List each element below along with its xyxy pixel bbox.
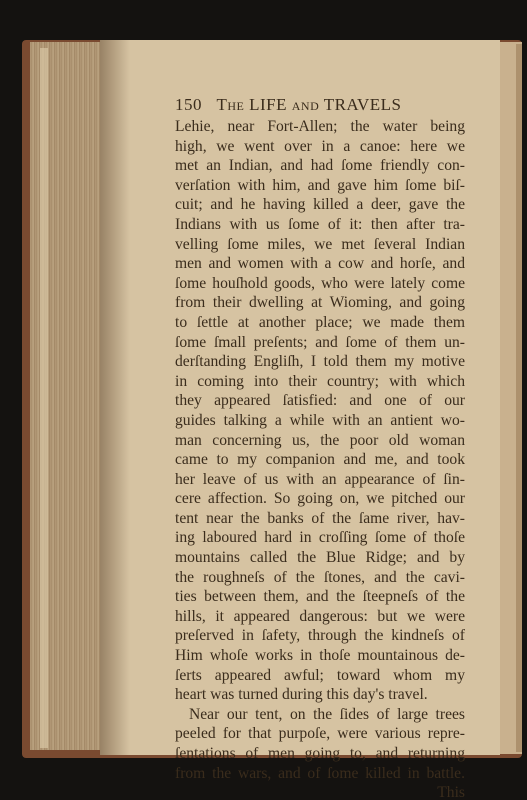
text-line: they appeared ſatisfied: and one of our <box>175 391 465 411</box>
text-line: cere affection. So going on, we pitched … <box>175 489 465 509</box>
text-line: to ſettle at another place; we made them <box>175 313 465 333</box>
catchword: This <box>175 783 465 800</box>
head-life: LIFE <box>249 95 287 114</box>
text-line: ſerts appeared awful; toward whom my <box>175 666 465 686</box>
page-number: 150 <box>175 95 202 114</box>
text-line: ſome houſhold goods, who were lately com… <box>175 274 465 294</box>
text-line: mountains called the Blue Ridge; and by <box>175 548 465 568</box>
text-line: from the wars, and of ſome killed in bat… <box>175 764 465 784</box>
text-line: ſentations of men going to, and returnin… <box>175 744 465 764</box>
head-the-rest: HE <box>227 99 244 113</box>
text-line: derſtanding Engliſh, I told them my moti… <box>175 352 465 372</box>
page-text: 150 THE LIFE AND TRAVELS Lehie, near For… <box>175 95 465 800</box>
text-line: from their dwelling at Wioming, and goin… <box>175 293 465 313</box>
facing-page-edge-shadow <box>516 44 522 752</box>
text-line: verſation with him, and gave him ſome bi… <box>175 176 465 196</box>
gutter-shadow <box>100 40 130 755</box>
text-line: hills, it appeared dangerous: but we wer… <box>175 607 465 627</box>
text-line: tent near the banks of the ſame river, h… <box>175 509 465 529</box>
text-line: met an Indian, and had ſome friendly con… <box>175 156 465 176</box>
text-line: ing laboured hard in croſſing ſome of th… <box>175 528 465 548</box>
text-line: Near our tent, on the ſides of large tre… <box>175 705 465 725</box>
text-line: Him whoſe works in thoſe mountainous de- <box>175 646 465 666</box>
text-line: heart was turned during this day's trave… <box>175 685 465 705</box>
text-line: her leave of us with an appearance of ſi… <box>175 470 465 490</box>
text-line: preſerved in ſafety, through the kindneſ… <box>175 626 465 646</box>
page-edge-highlight <box>40 48 48 748</box>
text-line: ties between them, and the ſteepneſs of … <box>175 587 465 607</box>
running-head: 150 THE LIFE AND TRAVELS <box>175 95 465 115</box>
text-line: peeled for that purpoſe, were various re… <box>175 724 465 744</box>
text-line: Indians with us ſome of it: then after t… <box>175 215 465 235</box>
text-line: the roughneſs of the ſtones, and the cav… <box>175 568 465 588</box>
text-line: in coming into their country; with which <box>175 372 465 392</box>
text-line: ſome ſmall preſents; and ſome of them un… <box>175 333 465 353</box>
head-the-initial: T <box>216 95 227 114</box>
text-line: guides talking a while with an antient w… <box>175 411 465 431</box>
text-line: men and women with a cow and horſe, and <box>175 254 465 274</box>
text-line: cuit; and he having killed a deer, gave … <box>175 195 465 215</box>
text-line: high, we went over in a canoe: here we <box>175 137 465 157</box>
text-line: man concerning us, the poor old woman <box>175 431 465 451</box>
head-travels: TRAVELS <box>324 95 402 114</box>
text-line: velling ſome miles, we met ſeveral India… <box>175 235 465 255</box>
text-line: came to my companion and me, and took <box>175 450 465 470</box>
text-line: Lehie, near Fort-Allen; the water being <box>175 117 465 137</box>
head-and: AND <box>292 99 320 113</box>
